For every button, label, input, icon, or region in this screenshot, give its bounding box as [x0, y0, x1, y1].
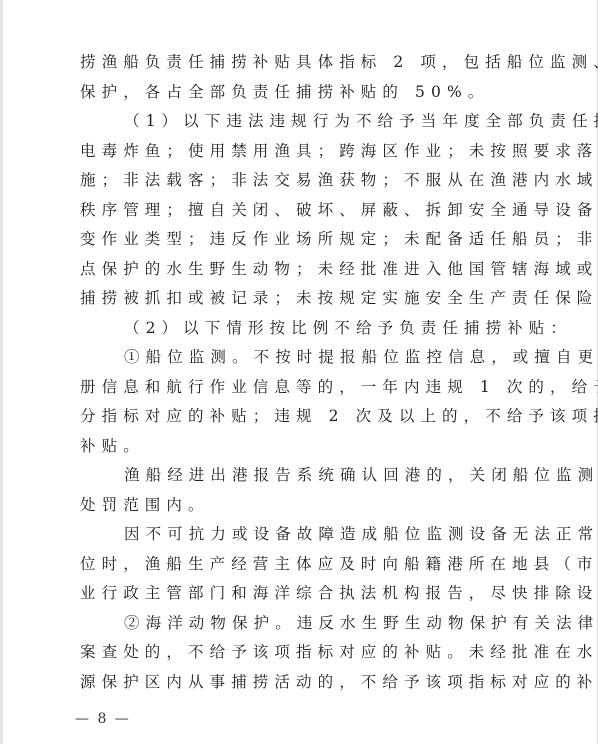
text-line-17: 因不可抗力或设备故障造成船位监测设备无法正常报告船 — [80, 520, 524, 550]
text-line-20: ②海洋动物保护。违反水生野生动物保护有关法律法规被立 — [80, 609, 524, 639]
text-line-8: 点保护的水生野生动物；未经批准进入他国管辖海域或敏感水域 — [80, 255, 524, 285]
text-line-5: 施；非法载客；非法交易渔获物；不服从在渔港内水域交通安全 — [80, 166, 524, 196]
text-line-4: 电毒炸鱼；使用禁用渔具；跨海区作业；未按照要求落实避风措 — [80, 137, 524, 167]
text-line-22: 源保护区内从事捕捞活动的，不给予该项指标对应的补贴。 — [80, 668, 524, 698]
page-number: — 8 — — [75, 711, 131, 727]
text-line-15: 渔船经进出港报告系统确认回港的，关闭船位监测设备不在 — [80, 461, 524, 491]
text-line-12: 册信息和航行作业信息等的，一年内违规 1 次的，给予 50%该部 — [80, 373, 524, 403]
text-line-19: 业行政主管部门和海洋综合执法机构报告，尽快排除设备故障。 — [80, 579, 524, 609]
text-line-18: 位时，渔船生产经营主体应及时向船籍港所在地县（市、区）级渔 — [80, 550, 524, 580]
section-heading-1: （1）以下违法违规行为不给予当年度全部负责任捕捞补贴： — [80, 107, 524, 137]
text-line-9: 捕捞被抓扣或被记录；未按规定实施安全生产责任保险。 — [80, 284, 524, 314]
section-heading-2: （2）以下情形按比例不给予负责任捕捞补贴： — [80, 314, 524, 344]
text-line-21: 案查处的，不给予该项指标对应的补贴。未经批准在水产种质资 — [80, 638, 524, 668]
text-line-16: 处罚范围内。 — [80, 491, 524, 521]
text-line-13: 分指标对应的补贴；违规 2 次及以上的，不给予该项指标对应的 — [80, 402, 524, 432]
text-line-1: 捞渔船负责任捕捞补贴具体指标 2 项，包括船位监测、海洋动物 — [80, 48, 524, 78]
document-body: 捞渔船负责任捕捞补贴具体指标 2 项，包括船位监测、海洋动物 保护，各占全部负责… — [80, 48, 524, 697]
text-line-7: 变作业类型；违反作业场所规定；未配备适任船员；非法捕杀重 — [80, 225, 524, 255]
text-line-14: 补贴。 — [80, 432, 524, 462]
text-line-11: ①船位监测。不按时提报船位监控信息，或擅自更改船舶注 — [80, 343, 524, 373]
page-left-edge — [0, 0, 3, 744]
text-line-6: 秩序管理；擅自关闭、破坏、屏蔽、拆卸安全通导设备；擅自改 — [80, 196, 524, 226]
text-line-2: 保护，各占全部负责任捕捞补贴的 50%。 — [80, 78, 524, 108]
